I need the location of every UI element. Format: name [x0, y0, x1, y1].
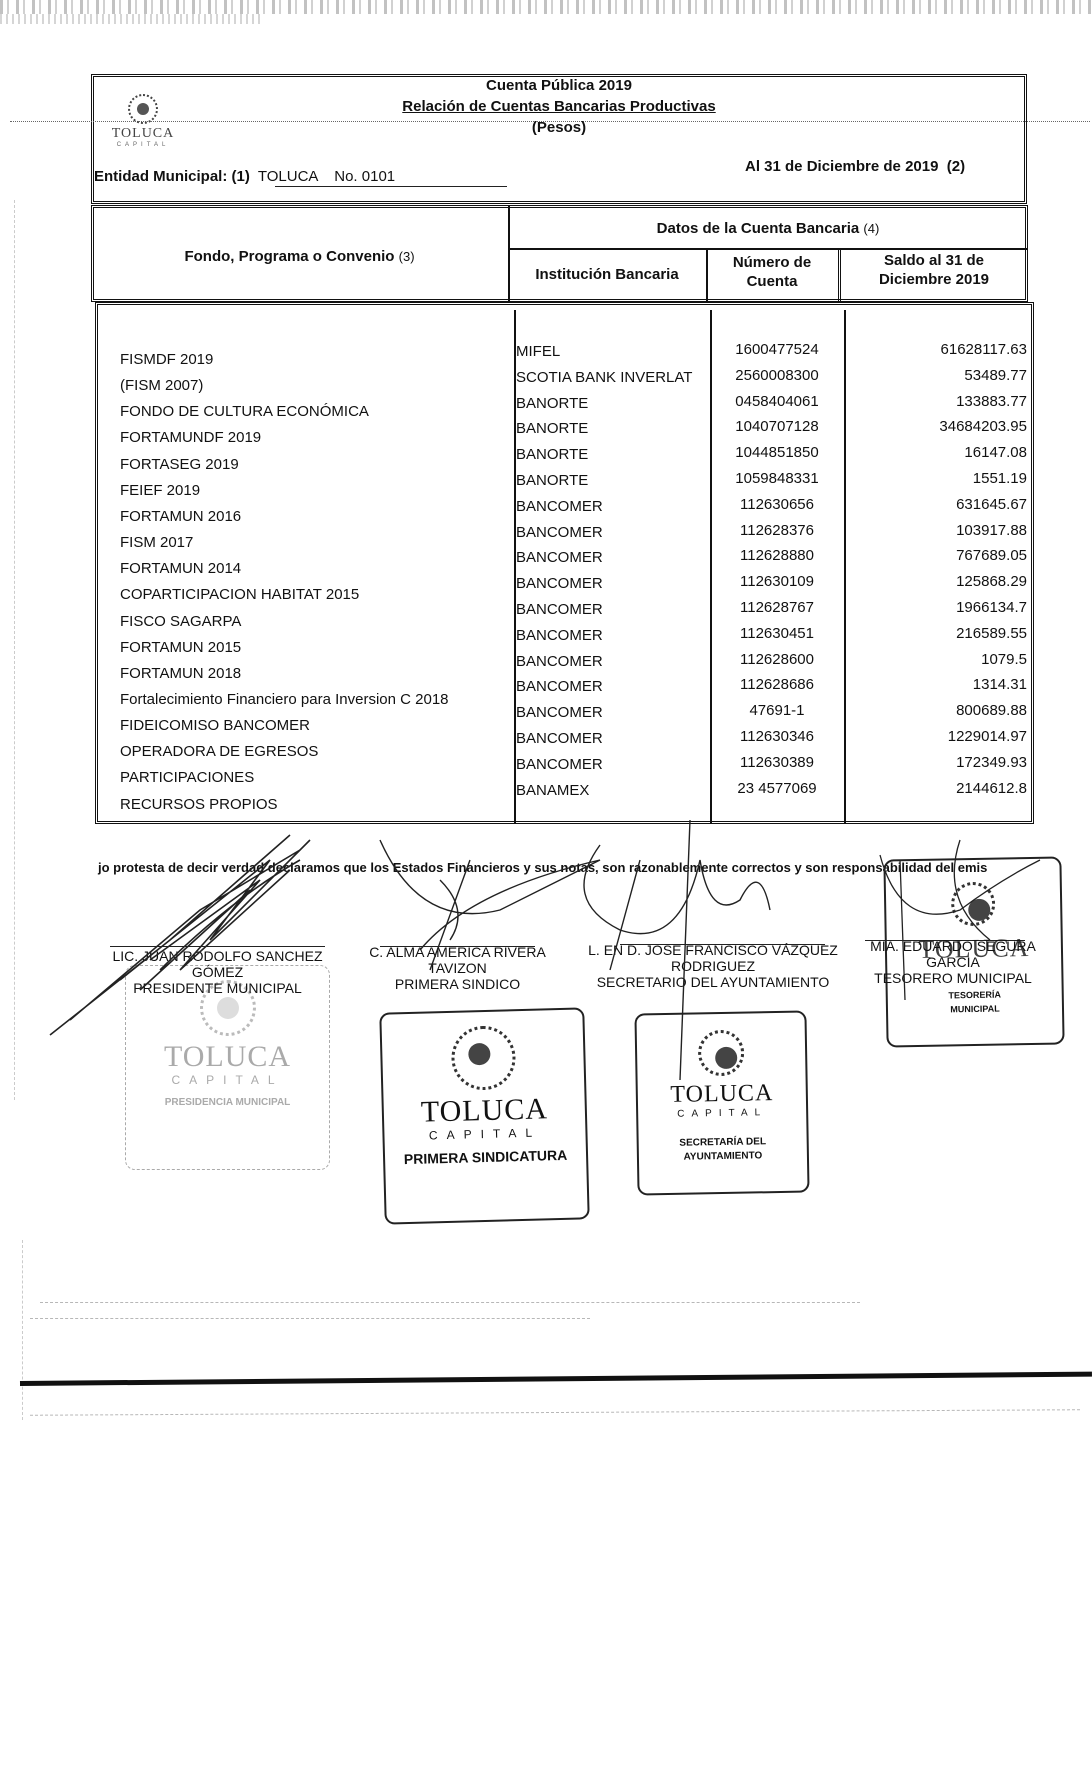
cell-institucion: BANCOMER	[516, 730, 603, 747]
signatory-name-line2: RODRIGUEZ	[578, 958, 848, 974]
cell-institucion: BANCOMER	[516, 704, 603, 721]
stamp-office: SECRETARÍA DEL AYUNTAMIENTO	[639, 1135, 807, 1166]
cell-saldo: 800689.88	[846, 702, 1027, 719]
scan-noise-top	[0, 0, 1092, 14]
cell-saldo: 125868.29	[846, 573, 1027, 590]
signatory-tesorero: MIA. EDUARDO SEGURA GARCIA TESORERO MUNI…	[858, 938, 1048, 986]
cell-institucion: BANCOMER	[516, 756, 603, 773]
logo-subtext: CAPITAL	[108, 142, 178, 148]
table-row: OPERADORA DE EGRESOSBANCOMER112630346122…	[0, 730, 1092, 756]
stamp-office-line2: MUNICIPAL	[888, 1000, 1062, 1017]
cell-numero-cuenta: 112628767	[712, 599, 842, 616]
stamp-brand: TOLUCA	[638, 1081, 806, 1108]
signatory-presidente: LIC. JUAN RODOLFO SANCHEZ GÓMEZ PRESIDEN…	[95, 948, 340, 996]
cell-numero-cuenta: 47691-1	[712, 702, 842, 719]
table-row: FORTAMUNDF 2019BANORTE104070712834684203…	[0, 420, 1092, 446]
cell-fondo: FORTAMUNDF 2019	[120, 429, 261, 446]
column-header-saldo-line2: Diciembre 2019	[840, 270, 1028, 289]
cell-institucion: BANCOMER	[516, 498, 603, 515]
scan-noise-line	[40, 1302, 860, 1304]
stamp-office-line2: AYUNTAMIENTO	[639, 1149, 807, 1166]
cell-saldo: 216589.55	[846, 625, 1027, 642]
cell-fondo: FORTASEG 2019	[120, 456, 239, 473]
report-date: Al 31 de Diciembre de 2019 (2)	[745, 158, 965, 175]
cell-institucion: BANORTE	[516, 420, 588, 437]
cell-saldo: 1314.31	[846, 676, 1027, 693]
coat-of-arms-icon	[698, 1030, 745, 1077]
cell-numero-cuenta: 112630346	[712, 728, 842, 745]
cell-saldo: 172349.93	[846, 754, 1027, 771]
column-header-fondo-label: Fondo, Programa o Convenio	[184, 248, 394, 265]
cell-numero-cuenta: 0458404061	[712, 393, 842, 410]
entidad-value: TOLUCA No. 0101	[258, 168, 395, 185]
signatory-name: MIA. EDUARDO SEGURA	[858, 938, 1048, 954]
cell-institucion: MIFEL	[516, 343, 560, 360]
column-header-datos-label: Datos de la Cuenta Bancaria	[657, 220, 860, 237]
cell-numero-cuenta: 1600477524	[712, 341, 842, 358]
cell-saldo: 34684203.95	[846, 418, 1027, 435]
table-row: FORTAMUN 2015BANCOMER112630451216589.55	[0, 627, 1092, 653]
column-header-saldo-line1: Saldo al 31 de	[840, 251, 1028, 270]
cell-saldo: 133883.77	[846, 393, 1027, 410]
scan-page-edge-line	[20, 1372, 1092, 1386]
table-row: RECURSOS PROPIOSBANAMEX23 45770692144612…	[0, 782, 1092, 808]
cell-saldo: 103917.88	[846, 522, 1027, 539]
cell-numero-cuenta: 112630656	[712, 496, 842, 513]
column-header-datos: Datos de la Cuenta Bancaria (4)	[508, 220, 1028, 237]
signatory-name-line2: GARCIA	[858, 954, 1048, 970]
cell-numero-cuenta: 1040707128	[712, 418, 842, 435]
cell-saldo: 2144612.8	[846, 780, 1027, 797]
report-title: Cuenta Pública 2019	[91, 77, 1027, 94]
entidad-municipal: Entidad Municipal: (1)TOLUCA No. 0101	[94, 168, 395, 185]
column-header-numero-line2: Cuenta	[706, 272, 838, 291]
cell-fondo: (FISM 2007)	[120, 377, 203, 394]
cell-fondo: FONDO DE CULTURA ECONÓMICA	[120, 403, 369, 420]
cell-fondo: FEIEF 2019	[120, 482, 200, 499]
cell-institucion: BANCOMER	[516, 653, 603, 670]
table-row: FORTASEG 2019BANORTE104485185016147.08	[0, 446, 1092, 472]
stamp-brand: TOLUCA	[126, 1042, 329, 1072]
cell-fondo: FORTAMUN 2016	[120, 508, 241, 525]
cell-institucion: SCOTIA BANK INVERLAT	[516, 369, 692, 386]
cell-saldo: 61628117.63	[846, 341, 1027, 358]
table-row: FISMDF 2019MIFEL160047752461628117.63	[0, 343, 1092, 369]
cell-numero-cuenta: 112628376	[712, 522, 842, 539]
report-subtitle: Relación de Cuentas Bancarias Productiva…	[91, 98, 1027, 115]
cell-fondo: RECURSOS PROPIOS	[120, 796, 278, 813]
table-row: COPARTICIPACION HABITAT 2015BANCOMER1126…	[0, 575, 1092, 601]
stamp-brand-sub: CAPITAL	[638, 1105, 806, 1124]
entidad-underline	[275, 186, 507, 187]
cell-institucion: BANORTE	[516, 395, 588, 412]
cell-institucion: BANCOMER	[516, 524, 603, 541]
signatory-name: C. ALMA AMERICA RIVERA	[365, 944, 550, 960]
column-header-numero: Número de Cuenta	[706, 253, 838, 291]
table-row: (FISM 2007)SCOTIA BANK INVERLAT256000830…	[0, 369, 1092, 395]
stamp-office: PRESIDENCIA MUNICIPAL	[126, 1096, 329, 1110]
signatory-role: SECRETARIO DEL AYUNTAMIENTO	[578, 974, 848, 990]
cell-institucion: BANORTE	[516, 446, 588, 463]
cell-institucion: BANCOMER	[516, 678, 603, 695]
stamp-office: TESORERÍA MUNICIPAL	[888, 986, 1062, 1017]
signatory-name: LIC. JUAN RODOLFO SANCHEZ	[95, 948, 340, 964]
cell-institucion: BANCOMER	[516, 601, 603, 618]
cell-institucion: BANCOMER	[516, 575, 603, 592]
cell-saldo: 631645.67	[846, 496, 1027, 513]
cell-numero-cuenta: 112630389	[712, 754, 842, 771]
cell-institucion: BANCOMER	[516, 549, 603, 566]
cell-numero-cuenta: 112630451	[712, 625, 842, 642]
cell-numero-cuenta: 1044851850	[712, 444, 842, 461]
coat-of-arms-icon	[951, 882, 996, 927]
cell-saldo: 1551.19	[846, 470, 1027, 487]
scan-noise-left-margin-lower	[22, 1240, 23, 1420]
signatory-secretario: L. EN D. JOSE FRANCISCO VÁZQUEZ RODRIGUE…	[578, 942, 848, 990]
table-row: FISCO SAGARPABANCOMER1126287671966134.7	[0, 601, 1092, 627]
table-row: FORTAMUN 2018BANCOMER1126286001079.5	[0, 653, 1092, 679]
report-currency: (Pesos)	[91, 119, 1027, 136]
table-row: FISM 2017BANCOMER112628376103917.88	[0, 524, 1092, 550]
cell-institucion: BANAMEX	[516, 782, 589, 799]
scan-noise-line	[30, 1409, 1080, 1416]
cell-numero-cuenta: 112628686	[712, 676, 842, 693]
table-row: PARTICIPACIONESBANCOMER112630389172349.9…	[0, 756, 1092, 782]
column-header-fondo-ref: (3)	[399, 249, 415, 264]
cell-saldo: 1966134.7	[846, 599, 1027, 616]
scan-noise-line	[30, 1318, 590, 1320]
column-header-numero-line1: Número de	[706, 253, 838, 272]
scan-noise-top-left	[0, 14, 260, 24]
column-header-datos-ref: (4)	[863, 221, 879, 236]
table-row: FORTAMUN 2014BANCOMER112628880767689.05	[0, 549, 1092, 575]
column-header-saldo: Saldo al 31 de Diciembre 2019	[840, 251, 1028, 289]
cell-institucion: BANORTE	[516, 472, 588, 489]
cell-fondo: FISMDF 2019	[120, 351, 213, 368]
coat-of-arms-icon	[450, 1025, 516, 1091]
signature-line	[110, 946, 325, 947]
signatory-name-line2: GÓMEZ	[95, 964, 340, 980]
stamp-primera-sindicatura: TOLUCA CAPITAL PRIMERA SINDICATURA	[379, 1007, 589, 1224]
cell-saldo: 1229014.97	[846, 728, 1027, 745]
signatory-name-line2: TAVIZON	[365, 960, 550, 976]
column-header-fondo: Fondo, Programa o Convenio (3)	[91, 248, 508, 265]
cell-numero-cuenta: 23 4577069	[712, 780, 842, 797]
column-header-institucion: Institución Bancaria	[508, 266, 706, 283]
signatory-role: TESORERO MUNICIPAL	[858, 970, 1048, 986]
table-row: FIDEICOMISO BANCOMERBANCOMER47691-180068…	[0, 704, 1092, 730]
table-row: Fortalecimiento Financiero para Inversio…	[0, 678, 1092, 704]
table-row: FORTAMUN 2016BANCOMER112630656631645.67	[0, 498, 1092, 524]
signatory-sindico: C. ALMA AMERICA RIVERA TAVIZON PRIMERA S…	[365, 944, 550, 992]
stamp-secretaria: TOLUCA CAPITAL SECRETARÍA DEL AYUNTAMIEN…	[634, 1011, 809, 1196]
table-row: FONDO DE CULTURA ECONÓMICABANORTE0458404…	[0, 395, 1092, 421]
signatory-name: L. EN D. JOSE FRANCISCO VÁZQUEZ	[578, 942, 848, 958]
cell-numero-cuenta: 2560008300	[712, 367, 842, 384]
cell-institucion: BANCOMER	[516, 627, 603, 644]
declaration-text: jo protesta de decir verdad declaramos q…	[98, 860, 987, 875]
stamp-brand-sub: CAPITAL	[126, 1072, 329, 1088]
cell-numero-cuenta: 112630109	[712, 573, 842, 590]
cell-saldo: 1079.5	[846, 651, 1027, 668]
cell-numero-cuenta: 112628600	[712, 651, 842, 668]
signatory-role: PRESIDENTE MUNICIPAL	[95, 980, 340, 996]
cell-saldo: 53489.77	[846, 367, 1027, 384]
cell-saldo: 767689.05	[846, 547, 1027, 564]
column-divider-horizontal	[508, 248, 1028, 250]
cell-saldo: 16147.08	[846, 444, 1027, 461]
cell-numero-cuenta: 112628880	[712, 547, 842, 564]
cell-numero-cuenta: 1059848331	[712, 470, 842, 487]
table-row: FEIEF 2019BANORTE10598483311551.19	[0, 472, 1092, 498]
signatory-role: PRIMERA SINDICO	[365, 976, 550, 992]
stamp-office: PRIMERA SINDICATURA	[385, 1147, 586, 1166]
entidad-label: Entidad Municipal: (1)	[94, 168, 250, 185]
